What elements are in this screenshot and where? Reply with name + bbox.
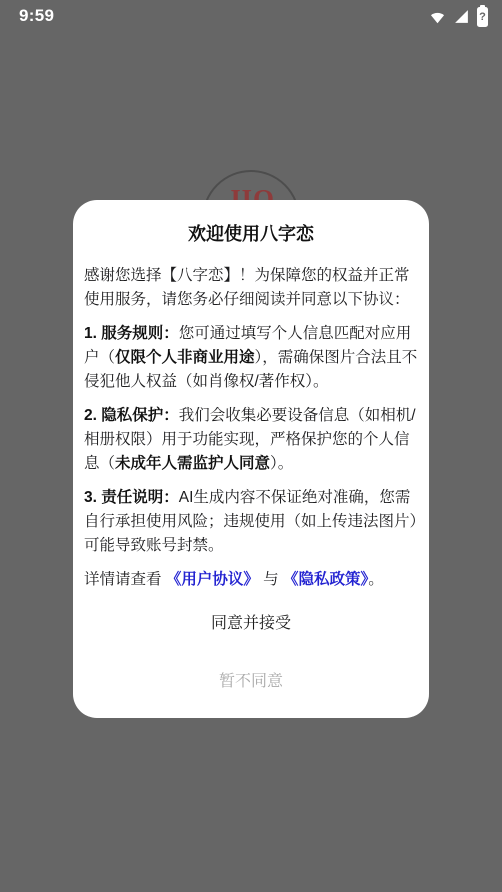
status-bar: 9:59 ? xyxy=(0,0,502,32)
agreement-dialog: 欢迎使用八字恋 感谢您选择【八字恋】！为保障您的权益并正常使用服务，请您务必仔细… xyxy=(73,200,429,718)
links-suffix: 。 xyxy=(368,571,384,588)
section-bold-text: 仅限个人非商业用途 xyxy=(115,349,255,366)
battery-icon: ? xyxy=(477,7,488,27)
section-text: ）。 xyxy=(270,455,293,472)
dialog-intro: 感谢您选择【八字恋】！为保障您的权益并正常使用服务，请您务必仔细阅读并同意以下协… xyxy=(84,264,418,312)
user-agreement-link[interactable]: 《用户协议》 xyxy=(166,571,259,588)
links-prefix: 详情请查看 xyxy=(84,571,166,588)
status-time: 9:59 xyxy=(19,6,54,26)
battery-unknown-glyph: ? xyxy=(479,12,486,23)
section-label: 1. 服务规则： xyxy=(84,325,179,342)
links-line: 详情请查看 《用户协议》 与 《隐私政策》。 xyxy=(84,568,418,592)
agree-button[interactable]: 同意并接受 xyxy=(84,614,418,634)
section-privacy: 2. 隐私保护：我们会收集必要设备信息（如相机/相册权限）用于功能实现，严格保护… xyxy=(84,404,418,476)
links-middle: 与 xyxy=(259,571,283,588)
dialog-title: 欢迎使用八字恋 xyxy=(84,222,418,246)
privacy-policy-link[interactable]: 《隐私政策》 xyxy=(283,571,368,588)
status-icons: ? xyxy=(429,5,488,27)
signal-icon xyxy=(453,8,470,25)
disagree-button[interactable]: 暂不同意 xyxy=(84,672,418,692)
section-bold-text: 未成年人需监护人同意 xyxy=(115,455,270,472)
section-service-rules: 1. 服务规则：您可通过填写个人信息匹配对应用户（仅限个人非商业用途），需确保图… xyxy=(84,322,418,394)
section-liability: 3. 责任说明：AI生成内容不保证绝对准确，您需自行承担使用风险；违规使用（如上… xyxy=(84,486,418,558)
section-label: 3. 责任说明： xyxy=(84,489,179,506)
screen-scrim: 9:59 ? JIQ 欢迎使用八字恋 感谢您选择【八字恋】！为保障您的权益并正常… xyxy=(0,0,502,892)
section-label: 2. 隐私保护： xyxy=(84,407,179,424)
wifi-icon xyxy=(429,8,446,25)
